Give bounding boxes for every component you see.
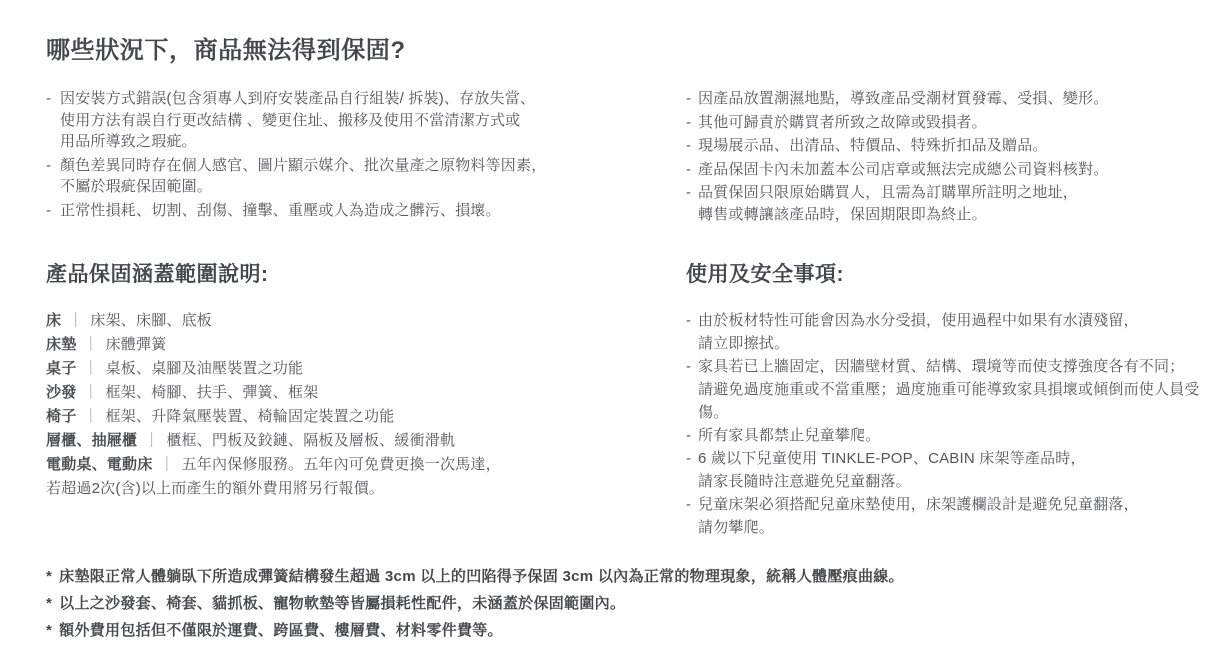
coverage-desc: 床體彈簧: [106, 336, 167, 353]
coverage-term: 電動桌、電動床: [46, 456, 152, 473]
exclusion-text: 顏色差異同時存在個人感官、圖片顯示媒介、批次量產之原物料等因素， 不屬於瑕疵保固…: [60, 155, 546, 198]
footnote-text: 以上之沙發套、椅套、貓抓板、寵物軟墊等皆屬損耗性配件，未涵蓋於保固範圍內。: [59, 595, 625, 612]
safety-text: 所有家具都禁止兒童攀爬。: [698, 424, 880, 447]
separator-bar: ｜: [83, 360, 98, 377]
exclusion-item: -正常性損耗、切割、刮傷、撞擊、重壓或人為造成之髒污、損壞。: [46, 200, 686, 222]
bullet-dash: -: [686, 182, 698, 225]
safety-text: 兒童床架必須搭配兒童床墊使用，床架護欄設計是避免兒童翻落， 請勿攀爬。: [698, 493, 1139, 539]
exclusion-text: 產品保固卡內未加蓋本公司店章或無法完成總公司資料核對。: [698, 159, 1108, 181]
exclusion-text: 因安裝方式錯誤(包含須專人到府安裝產品自行組裝/ 拆裝)、存放失當、 使用方法有…: [60, 88, 535, 153]
bullet-dash: -: [686, 447, 698, 493]
bullet-dash: -: [686, 135, 698, 157]
asterisk-marker: *: [46, 568, 52, 585]
coverage-term: 沙發: [46, 384, 76, 401]
separator-bar: ｜: [83, 336, 98, 353]
coverage-item: 沙發｜框架、椅腳、扶手、彈簧、框架: [46, 381, 686, 405]
safety-list: -由於板材特性可能會因為水分受損，使用過程中如果有水漬殘留， 請立即擦拭。 -家…: [686, 309, 1218, 539]
exclusion-item: -因產品放置潮濕地點，導致產品受潮材質發霉、受損、變形。: [686, 88, 1218, 110]
exclusion-item: -因安裝方式錯誤(包含須專人到府安裝產品自行組裝/ 拆裝)、存放失當、 使用方法…: [46, 88, 686, 153]
safety-text: 家具若已上牆固定，因牆壁材質、結構、環境等而使支撐強度各有不同； 請避免過度施重…: [698, 355, 1218, 424]
separator-bar: ｜: [83, 408, 98, 425]
content-grid: 哪些狀況下，商品無法得到保固? -因安裝方式錯誤(包含須專人到府安裝產品自行組裝…: [46, 36, 1218, 539]
coverage-term: 床墊: [46, 336, 76, 353]
bullet-dash: -: [46, 200, 60, 222]
safety-text: 6 歲以下兒童使用 TINKLE-POP、CABIN 床架等產品時， 請家長隨時…: [698, 447, 1086, 493]
exclusion-item: -顏色差異同時存在個人感官、圖片顯示媒介、批次量產之原物料等因素， 不屬於瑕疵保…: [46, 155, 686, 198]
footnote: *額外費用包括但不僅限於運費、跨區費、樓層費、材料零件費等。: [46, 617, 1218, 644]
coverage-desc: 桌板、桌腳及油壓裝置之功能: [106, 360, 304, 377]
footnote: *以上之沙發套、椅套、貓抓板、寵物軟墊等皆屬損耗性配件，未涵蓋於保固範圍內。: [46, 590, 1218, 617]
coverage-desc: 框架、椅腳、扶手、彈簧、框架: [106, 384, 319, 401]
safety-item: -由於板材特性可能會因為水分受損，使用過程中如果有水漬殘留， 請立即擦拭。: [686, 309, 1218, 355]
bullet-dash: -: [46, 155, 60, 198]
coverage-term: 桌子: [46, 360, 76, 377]
safety-title: 使用及安全事項:: [686, 261, 1218, 289]
safety-item: -家具若已上牆固定，因牆壁材質、結構、環境等而使支撐強度各有不同； 請避免過度施…: [686, 355, 1218, 424]
coverage-item: 桌子｜桌板、桌腳及油壓裝置之功能: [46, 357, 686, 381]
exclusion-text: 其他可歸責於購買者所致之故障或毀損者。: [698, 112, 987, 134]
separator-bar: ｜: [159, 456, 174, 473]
coverage-item: 層櫃、抽屜櫃｜櫃框、門板及鉸鏈、隔板及層板、緩衝滑軌: [46, 429, 686, 453]
coverage-item: 床｜床架、床腳、底板: [46, 309, 686, 333]
exclusions-left-list: -因安裝方式錯誤(包含須專人到府安裝產品自行組裝/ 拆裝)、存放失當、 使用方法…: [46, 88, 686, 227]
coverage-desc: 床架、床腳、底板: [90, 312, 212, 329]
coverage-term: 床: [46, 312, 61, 329]
asterisk-marker: *: [46, 595, 52, 612]
footnote: *床墊限正常人體躺臥下所造成彈簧結構發生超過 3cm 以上的凹陷得予保固 3cm…: [46, 563, 1218, 590]
coverage-desc: 框架、升降氣壓裝置、椅輪固定裝置之功能: [106, 408, 395, 425]
footnote-text: 額外費用包括但不僅限於運費、跨區費、樓層費、材料零件費等。: [59, 622, 503, 639]
exclusions-right-list: -因產品放置潮濕地點，導致產品受潮材質發霉、受損、變形。 -其他可歸責於購買者所…: [686, 88, 1218, 227]
bullet-dash: -: [686, 424, 698, 447]
exclusion-item: -產品保固卡內未加蓋本公司店章或無法完成總公司資料核對。: [686, 159, 1218, 181]
coverage-item: 床墊｜床體彈簧: [46, 333, 686, 357]
bullet-dash: -: [686, 88, 698, 110]
separator-bar: ｜: [83, 384, 98, 401]
footnote-text: 床墊限正常人體躺臥下所造成彈簧結構發生超過 3cm 以上的凹陷得予保固 3cm …: [59, 568, 904, 585]
coverage-list: 床｜床架、床腳、底板 床墊｜床體彈簧 桌子｜桌板、桌腳及油壓裝置之功能 沙發｜框…: [46, 309, 686, 539]
page-title: 哪些狀況下，商品無法得到保固?: [46, 36, 686, 66]
safety-item: -兒童床架必須搭配兒童床墊使用，床架護欄設計是避免兒童翻落， 請勿攀爬。: [686, 493, 1218, 539]
bullet-dash: -: [686, 159, 698, 181]
bullet-dash: -: [686, 309, 698, 355]
exclusion-text: 品質保固只限原始購買人，且需為訂購單所註明之地址， 轉售或轉讓該產品時，保固期限…: [698, 182, 1078, 225]
exclusion-item: -現場展示品、出清品、特價品、特殊折扣品及贈品。: [686, 135, 1218, 157]
separator-bar: ｜: [144, 432, 159, 449]
safety-item: -所有家具都禁止兒童攀爬。: [686, 424, 1218, 447]
warranty-page: 哪些狀況下，商品無法得到保固? -因安裝方式錯誤(包含須專人到府安裝產品自行組裝…: [0, 0, 1232, 650]
exclusion-text: 現場展示品、出清品、特價品、特殊折扣品及贈品。: [698, 135, 1048, 157]
coverage-term: 椅子: [46, 408, 76, 425]
separator-bar: ｜: [68, 312, 83, 329]
exclusion-item: -其他可歸責於購買者所致之故障或毀損者。: [686, 112, 1218, 134]
coverage-term: 層櫃、抽屜櫃: [46, 432, 137, 449]
asterisk-marker: *: [46, 622, 52, 639]
safety-item: -6 歲以下兒童使用 TINKLE-POP、CABIN 床架等產品時， 請家長隨…: [686, 447, 1218, 493]
bullet-dash: -: [686, 493, 698, 539]
bullet-dash: -: [686, 112, 698, 134]
coverage-desc: 櫃框、門板及鉸鏈、隔板及層板、緩衝滑軌: [166, 432, 455, 449]
safety-text: 由於板材特性可能會因為水分受損，使用過程中如果有水漬殘留， 請立即擦拭。: [698, 309, 1139, 355]
coverage-item: 電動桌、電動床｜五年內保修服務。五年內可免費更換一次馬達， 若超過2次(含)以上…: [46, 453, 686, 501]
coverage-title: 產品保固涵蓋範圍說明:: [46, 261, 686, 289]
footnotes: *床墊限正常人體躺臥下所造成彈簧結構發生超過 3cm 以上的凹陷得予保固 3cm…: [46, 563, 1218, 644]
exclusion-item: -品質保固只限原始購買人，且需為訂購單所註明之地址， 轉售或轉讓該產品時，保固期…: [686, 182, 1218, 225]
bullet-dash: -: [46, 88, 60, 153]
exclusion-text: 正常性損耗、切割、刮傷、撞擊、重壓或人為造成之髒污、損壞。: [60, 200, 501, 222]
coverage-item: 椅子｜框架、升降氣壓裝置、椅輪固定裝置之功能: [46, 405, 686, 429]
bullet-dash: -: [686, 355, 698, 424]
exclusion-text: 因產品放置潮濕地點，導致產品受潮材質發霉、受損、變形。: [698, 88, 1108, 110]
